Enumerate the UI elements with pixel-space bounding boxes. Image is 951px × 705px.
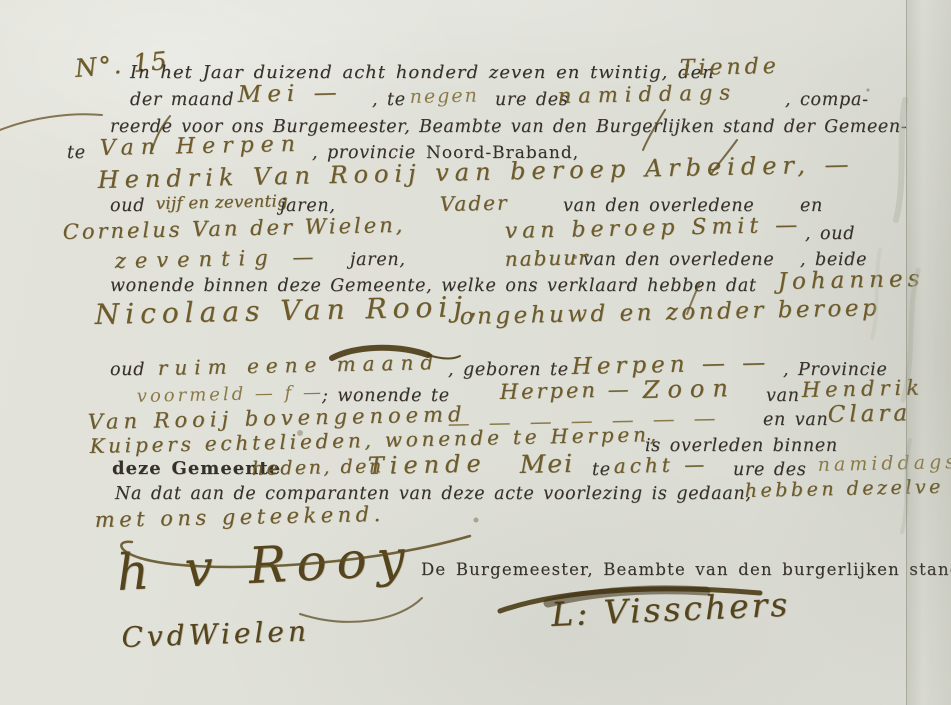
province-entry: voormeld — f —	[137, 384, 325, 406]
deceased-firstname-entry: Johannes	[778, 268, 925, 294]
daypart-entry: namiddags	[558, 82, 738, 107]
printed-form-text: der maand	[130, 92, 234, 110]
month-entry: Mei —	[238, 82, 343, 107]
death-date-entry: heden, den	[252, 457, 384, 479]
mother-firstname-entry: Clara	[828, 402, 912, 427]
signature-declarant-1: h v Rooy	[115, 532, 416, 598]
deceased-name-entry: Nicolaas Van Rooij,	[94, 293, 483, 329]
deceased-age-entry: ruim eene maand	[158, 352, 441, 378]
printed-form-text: te	[592, 462, 611, 480]
death-day-entry: Tiende	[680, 56, 780, 80]
declarant2-age-entry: zeventig —	[115, 247, 323, 272]
printed-form-text: van	[766, 388, 800, 406]
printed-form-text: en	[800, 198, 823, 216]
printed-form-text: , te	[372, 92, 406, 110]
printed-form-text: , compa-	[785, 92, 869, 110]
printed-form-text: In het Jaar duizend acht honderd zeven e…	[130, 64, 715, 82]
printed-form-text: oud	[110, 198, 145, 216]
signed-with-us-entry: met ons geteekend.	[95, 504, 385, 531]
printed-form-text: en van	[763, 412, 828, 430]
signature-declarant-2: CvdWielen	[121, 617, 310, 652]
son-of-entry: Zoon	[642, 376, 736, 402]
printed-form-text: jaren,	[350, 252, 406, 270]
document-page: N°. 15 In het Jaar duizend acht honderd …	[0, 0, 951, 705]
death-daypart-entry: namiddags	[818, 453, 951, 475]
printed-form-text: Na dat aan de comparanten van deze acte …	[115, 486, 752, 504]
hour-entry: negen	[410, 87, 480, 107]
declarant2-entry: Cornelus Van der Wielen,	[63, 215, 406, 243]
father-firstname-entry: Hendrik	[802, 377, 925, 401]
printed-form-text: oud	[110, 362, 145, 380]
deceased-status-entry: ongehuwd en zonder beroep	[460, 297, 881, 329]
declarant2-relation-entry: nabuur	[505, 247, 590, 269]
printed-form-text: jaren,	[280, 198, 336, 216]
closing-printed-line: De Burgemeester, Beambte van den burgerl…	[421, 562, 951, 579]
printed-form-text: van den overledene	[583, 252, 774, 270]
printed-form-text: te	[67, 145, 86, 163]
declarant1-relation-entry: Vader	[440, 193, 509, 214]
death-hour-entry: acht —	[614, 454, 709, 476]
municipality-entry: Van Herpen	[100, 134, 303, 160]
page-fold-edge	[906, 0, 951, 705]
signature-registrar: L: Visschers	[551, 588, 791, 631]
printed-form-text: , oud	[805, 226, 855, 244]
death-day-entry2: Tiende	[367, 452, 486, 478]
printed-form-text: ure des	[733, 462, 807, 480]
printed-form-text: , geboren te	[448, 362, 569, 380]
death-month-entry: Mei	[519, 451, 574, 477]
printed-form-text: van den overledene	[563, 198, 754, 216]
closing-hand-entry: hebben dezelve	[745, 478, 944, 501]
declarant2-occupation-entry: van beroep Smit —	[505, 215, 803, 243]
declarant1-age-entry: vijf en zeventig	[156, 193, 288, 212]
residence-entry: Herpen —	[500, 379, 632, 403]
